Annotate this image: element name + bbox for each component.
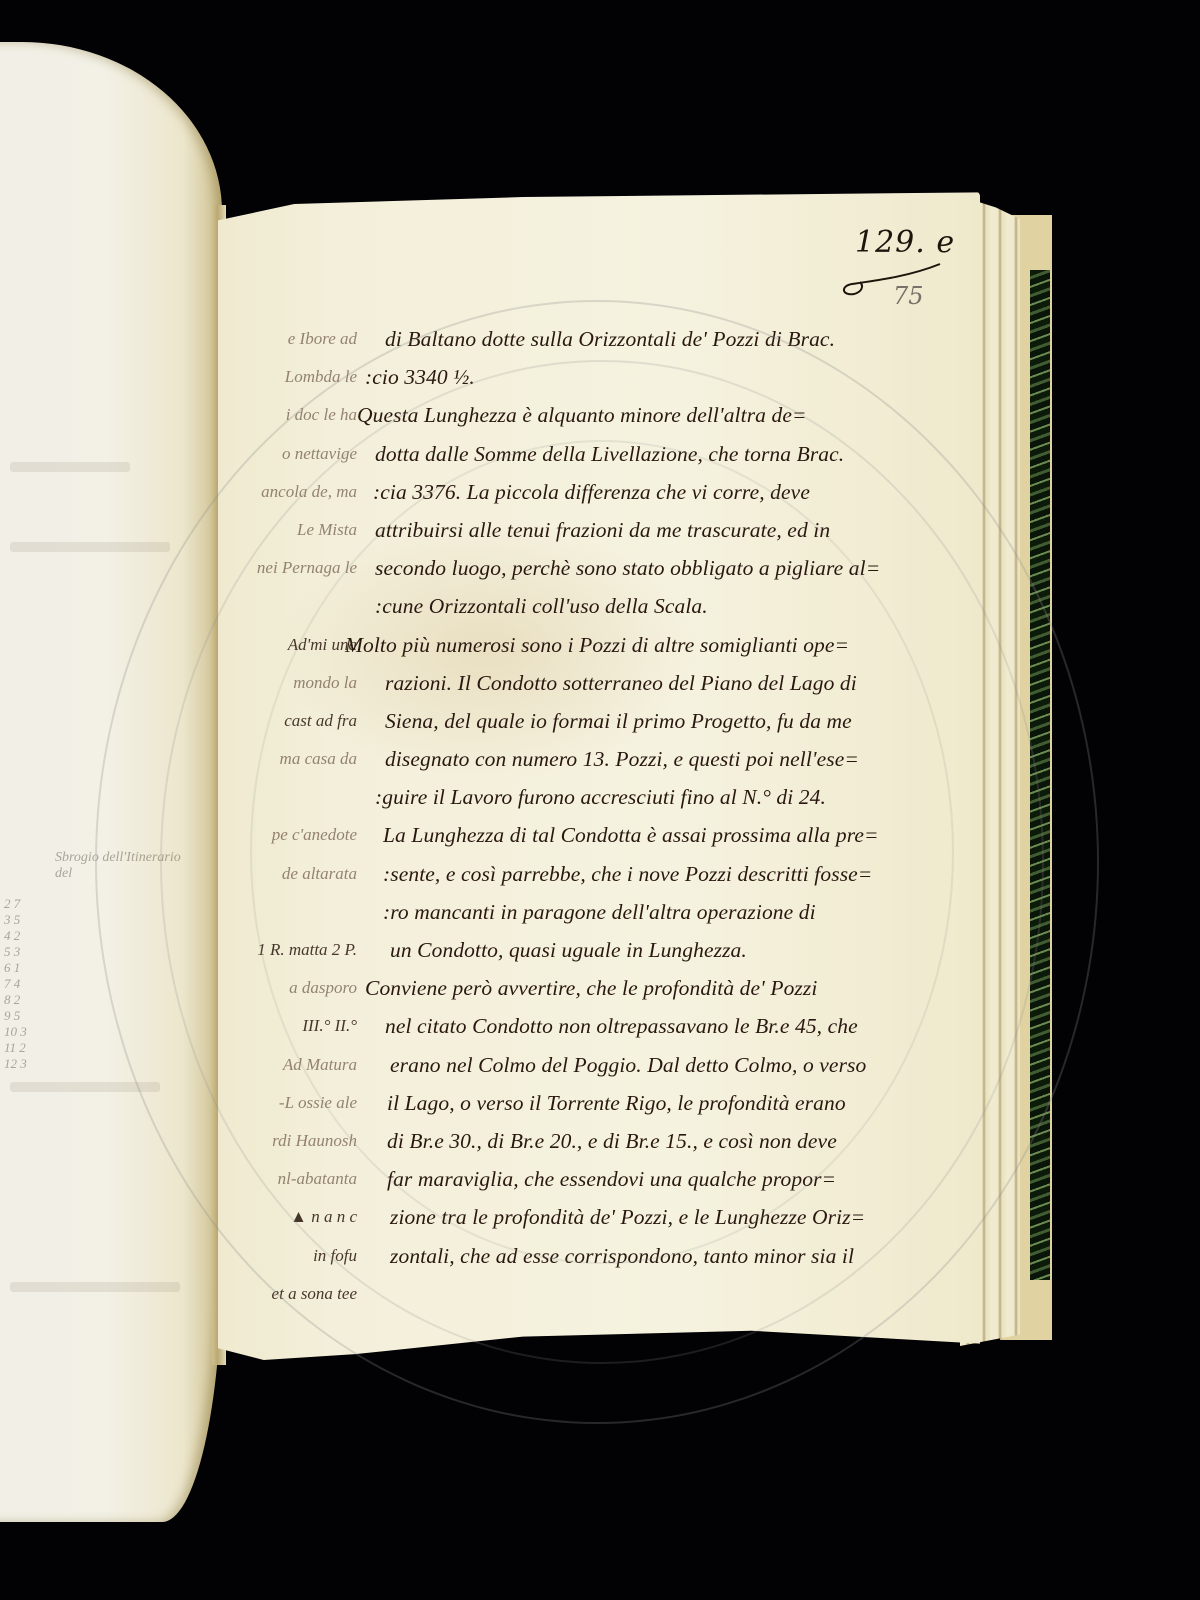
- bleed-line: a dasporo: [232, 969, 357, 1007]
- left-table-cell: 2 7: [0, 896, 195, 912]
- left-table-cell: 7 4: [0, 976, 195, 992]
- manuscript-line: dotta dalle Somme della Livellazione, ch…: [345, 435, 905, 473]
- folio-number: 129. e: [855, 225, 955, 260]
- secondary-folio-number: 75: [893, 282, 924, 310]
- bleed-line: nei Pernaga le: [232, 549, 357, 587]
- left-table-cell: 3 5: [0, 912, 195, 928]
- left-table-cell: 5 3: [0, 944, 195, 960]
- left-table-cell: 9 5: [0, 1008, 195, 1024]
- left-table-cell: 10 3: [0, 1024, 195, 1040]
- manuscript-line: disegnato con numero 13. Pozzi, e questi…: [345, 740, 905, 778]
- bleed-line: [232, 893, 357, 931]
- manuscript-line: Questa Lunghezza è alquanto minore dell'…: [345, 396, 905, 434]
- ghost-text-line: [10, 542, 170, 552]
- manuscript-line: La Lunghezza di tal Condotta è assai pro…: [345, 816, 905, 854]
- bleed-line: o nettavige: [232, 435, 357, 473]
- manuscript-line: :ro mancanti in paragone dell'altra oper…: [345, 893, 905, 931]
- bleed-line: 1 R. matta 2 P.: [232, 931, 357, 969]
- left-table-cell: 4 2: [0, 928, 195, 944]
- bleed-line: -L ossie ale: [232, 1084, 357, 1122]
- bleed-line: et a sona tee: [232, 1275, 357, 1313]
- left-page-faint-table: Sbrogio dell'Itinerario del 2 7 3 5 4 2 …: [0, 850, 195, 1072]
- bleed-line: ancola de, ma: [232, 473, 357, 511]
- left-table-cell: 12 3: [0, 1056, 195, 1072]
- marbled-cover-edge: [1030, 270, 1050, 1280]
- manuscript-line: erano nel Colmo del Poggio. Dal detto Co…: [345, 1046, 905, 1084]
- manuscript-line: far maraviglia, che essendovi una qualch…: [345, 1160, 905, 1198]
- manuscript-line: il Lago, o verso il Torrente Rigo, le pr…: [345, 1084, 905, 1122]
- bleed-line: Le Mista: [232, 511, 357, 549]
- bleed-line: in fofu: [232, 1237, 357, 1275]
- left-table-cell: 6 1: [0, 960, 195, 976]
- manuscript-line: Siena, del quale io formai il primo Prog…: [345, 702, 905, 740]
- bleed-line: [232, 778, 357, 816]
- manuscript-line: :sente, e così parrebbe, che i nove Pozz…: [345, 855, 905, 893]
- left-table-cell: 8 2: [0, 992, 195, 1008]
- manuscript-line: :cia 3376. La piccola differenza che vi …: [345, 473, 905, 511]
- bleed-line: rdi Haunosh: [232, 1122, 357, 1160]
- manuscript-line: Conviene però avvertire, che le profondi…: [345, 969, 905, 1007]
- bleed-line: de altarata: [232, 855, 357, 893]
- manuscript-line: nel citato Condotto non oltrepassavano l…: [345, 1007, 905, 1045]
- ghost-text-line: [10, 1082, 160, 1092]
- bleed-line: ▲ n a n c: [232, 1198, 357, 1236]
- left-page: [0, 42, 222, 1522]
- bleed-line: pe c'anedote: [232, 816, 357, 854]
- left-table-cell: 11 2: [0, 1040, 195, 1056]
- manuscript-line: razioni. Il Condotto sotterraneo del Pia…: [345, 664, 905, 702]
- bleed-line: [232, 587, 357, 625]
- manuscript-line: secondo luogo, perchè sono stato obbliga…: [345, 549, 905, 587]
- manuscript-line: di Br.e 30., di Br.e 20., e di Br.e 15.,…: [345, 1122, 905, 1160]
- manuscript-line: zontali, che ad esse corrispondono, tant…: [345, 1237, 905, 1275]
- ghost-text-line: [10, 462, 130, 472]
- manuscript-line: :cio 3340 ½.: [345, 358, 905, 396]
- manuscript-body: di Baltano dotte sulla Orizzontali de' P…: [345, 320, 905, 1275]
- bleed-line: Lombda le: [232, 358, 357, 396]
- bleed-line: ma casa da: [232, 740, 357, 778]
- book-photograph: Sbrogio dell'Itinerario del 2 7 3 5 4 2 …: [0, 0, 1200, 1600]
- manuscript-line: Molto più numerosi sono i Pozzi di altre…: [345, 626, 905, 664]
- bleed-line: Ad Matura: [232, 1046, 357, 1084]
- folio-suffix: e: [936, 225, 955, 260]
- bleed-line: i doc le ha: [232, 396, 357, 434]
- manuscript-line: attribuirsi alle tenui frazioni da me tr…: [345, 511, 905, 549]
- bleed-through-text: e Ibore ad Lombda le i doc le ha o netta…: [232, 320, 357, 1313]
- manuscript-line: :cune Orizzontali coll'uso della Scala.: [345, 587, 905, 625]
- manuscript-line: di Baltano dotte sulla Orizzontali de' P…: [345, 320, 905, 358]
- manuscript-line: zione tra le profondità de' Pozzi, e le …: [345, 1198, 905, 1236]
- manuscript-line: :guire il Lavoro furono accresciuti fino…: [345, 778, 905, 816]
- bleed-line: mondo la: [232, 664, 357, 702]
- bleed-roman-numerals: III.° II.°: [232, 1007, 357, 1045]
- manuscript-line: un Condotto, quasi uguale in Lunghezza.: [345, 931, 905, 969]
- bleed-line: cast ad fra: [232, 702, 357, 740]
- bleed-line: nl-abatanta: [232, 1160, 357, 1198]
- bleed-line: Ad'mi una: [232, 626, 357, 664]
- folio-number-value: 129.: [855, 225, 926, 260]
- ghost-text-line: [10, 1282, 180, 1292]
- bleed-line: e Ibore ad: [232, 320, 357, 358]
- left-table-header: Sbrogio dell'Itinerario del: [55, 850, 195, 882]
